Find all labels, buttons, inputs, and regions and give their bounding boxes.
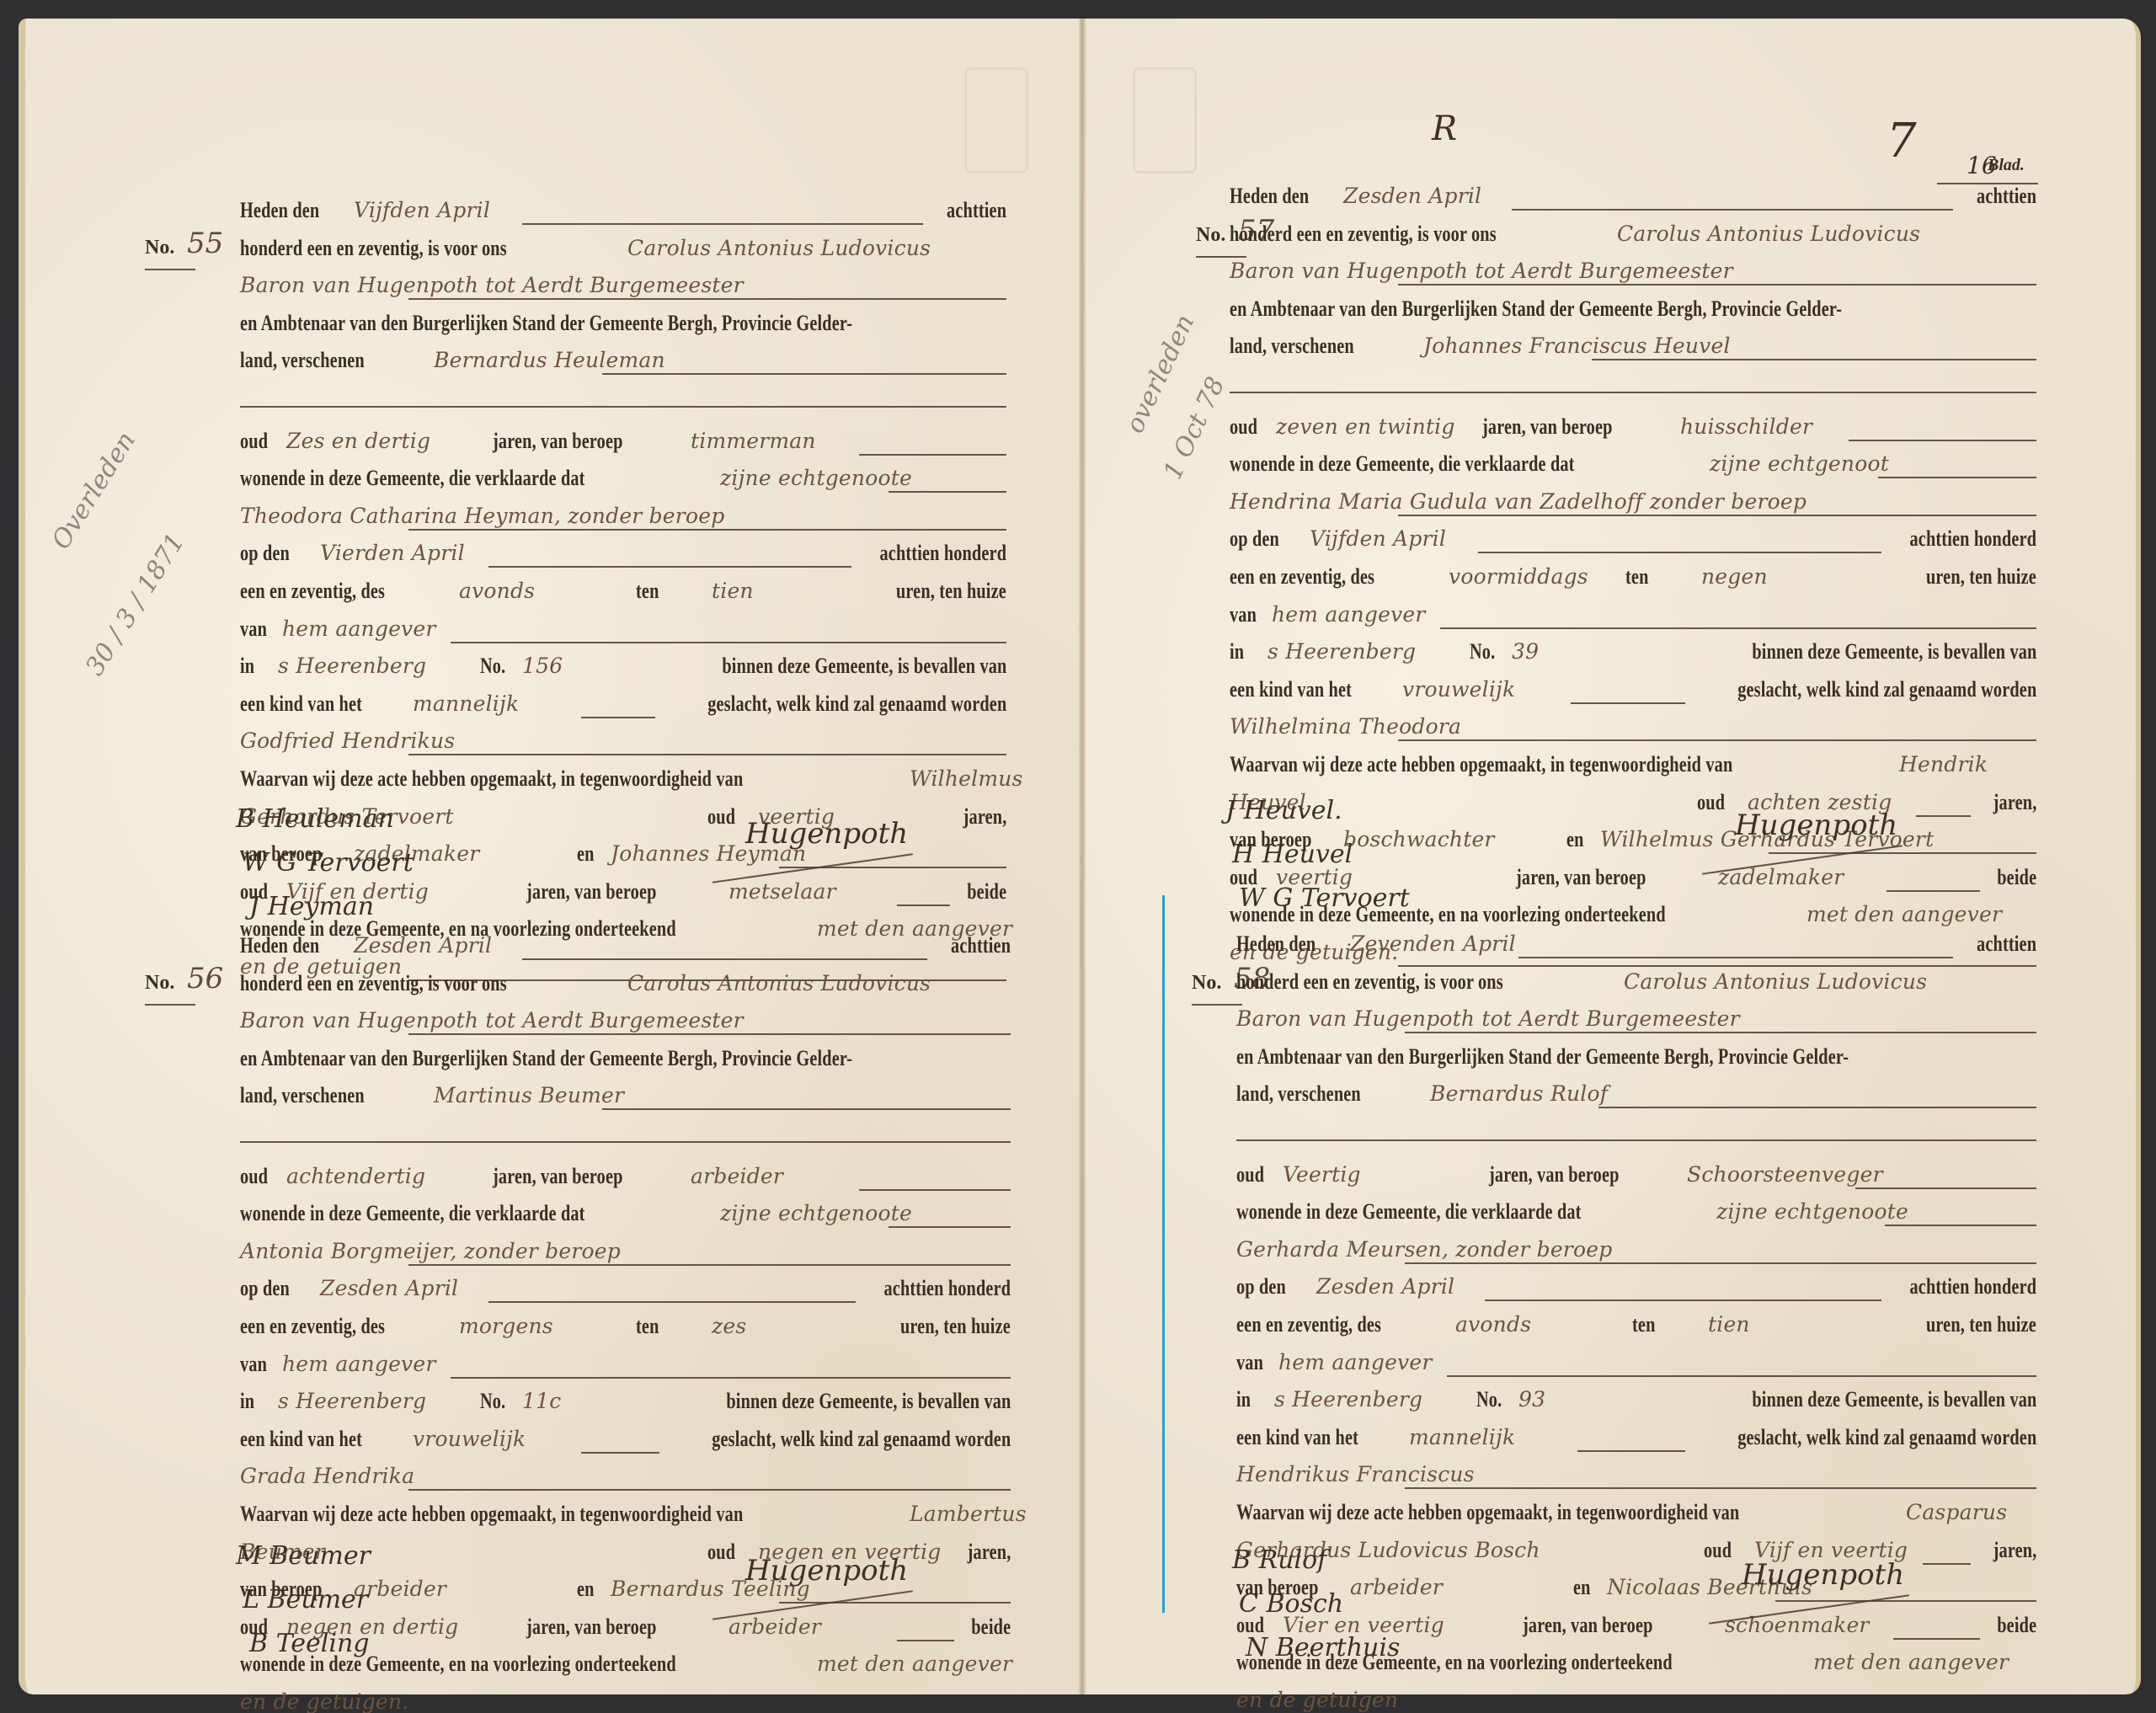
handwritten-entry: Godfried Hendrikus — [240, 728, 455, 753]
printed-form-text: van — [1230, 602, 1257, 627]
printed-form-text: Waarvan wij deze acte hebben opgemaakt, … — [240, 1502, 743, 1527]
printed-form-text: achttien — [1977, 931, 2036, 957]
fill-rule — [581, 1452, 659, 1454]
fill-rule — [897, 1640, 954, 1641]
printed-form-text: oud — [707, 804, 735, 830]
handwritten-entry: mannelijk — [413, 691, 519, 716]
handwritten-entry: timmerman — [691, 429, 816, 453]
printed-form-text: geslacht, welk kind zal genaamd worden — [712, 1427, 1011, 1452]
printed-form-text: achttien honderd — [883, 1276, 1011, 1301]
printed-form-text: geslacht, welk kind zal genaamd worden — [1737, 677, 2036, 702]
printed-form-text: een en zeventig, des — [1230, 564, 1374, 590]
printed-form-text: uren, ten huize — [1926, 1312, 2036, 1337]
printed-form-text: jaren, van beroep — [1516, 865, 1646, 890]
blank-rule — [240, 406, 1006, 408]
fill-rule — [1598, 1107, 2036, 1108]
printed-form-text: oud — [1697, 790, 1725, 815]
fill-rule — [1916, 815, 1971, 817]
handwritten-entry: 93 — [1518, 1387, 1545, 1411]
handwritten-entry: avonds — [459, 579, 535, 603]
fill-rule — [451, 1377, 1011, 1379]
handwritten-entry: Antonia Borgmeijer, zonder beroep — [240, 1239, 621, 1263]
printed-form-text: in — [240, 654, 254, 679]
handwritten-entry: Vijfden April — [354, 198, 490, 222]
witness-signature: H Heuvel — [1232, 840, 1353, 869]
handwritten-entry: morgens — [459, 1314, 553, 1338]
printed-form-text: No. — [1470, 639, 1495, 664]
printed-form-text: No. — [480, 654, 505, 679]
witness-signature: J Heuvel. — [1225, 796, 1342, 825]
handwritten-entry: arbeider — [728, 1614, 821, 1639]
witness-signature: B Heuleman — [236, 804, 394, 834]
folio-hand-number: 7 — [1886, 114, 1917, 168]
witness-signature: C Bosch — [1239, 1589, 1343, 1619]
printed-form-text: van — [1236, 1350, 1263, 1375]
text-cursor-line — [1162, 895, 1165, 1613]
printed-form-text: een kind van het — [240, 691, 362, 717]
handwritten-entry: Theodora Catharina Heyman, zonder beroep — [240, 504, 724, 528]
handwritten-entry: vrouwelijk — [1402, 677, 1515, 702]
printed-form-text: geslacht, welk kind zal genaamd worden — [1737, 1425, 2036, 1450]
record-number-underline — [1192, 1004, 1242, 1006]
fill-rule — [1855, 1187, 2036, 1189]
handwritten-entry: s Heerenberg — [278, 1389, 426, 1413]
printed-form-text: op den — [240, 1276, 290, 1301]
record-number-label: No. — [145, 972, 174, 995]
record-number-underline — [145, 1004, 195, 1006]
handwritten-entry: negen — [1701, 564, 1768, 589]
witness-signature: N Beerthuis — [1246, 1633, 1400, 1662]
handwritten-entry: s Heerenberg — [1267, 639, 1416, 664]
fill-rule — [1893, 1638, 1980, 1640]
handwritten-entry: boschwachter — [1343, 827, 1495, 851]
printed-form-text: geslacht, welk kind zal genaamd worden — [707, 691, 1006, 717]
fill-rule — [897, 905, 950, 906]
handwritten-entry: Zesden April — [1343, 184, 1481, 208]
printed-form-text: honderd een en zeventig, is voor ons — [240, 236, 507, 261]
printed-form-text: en Ambtenaar van den Burgerlijken Stand … — [240, 1046, 852, 1071]
printed-form-text: achttien honderd — [879, 541, 1006, 566]
printed-form-text: en — [577, 841, 595, 867]
fill-rule — [451, 642, 1006, 643]
handwritten-entry: hem aangever — [282, 616, 436, 641]
fill-rule — [1849, 440, 2036, 441]
handwritten-entry: schoenmaker — [1725, 1613, 1870, 1637]
handwritten-entry: Veertig — [1283, 1162, 1361, 1187]
printed-form-text: op den — [240, 541, 290, 566]
handwritten-entry: hem aangever — [1272, 602, 1426, 627]
printed-form-text: ten — [636, 579, 659, 604]
fill-rule — [1592, 359, 2036, 360]
printed-form-text: wonende in deze Gemeente, die verklaarde… — [240, 1201, 585, 1226]
printed-form-text: uren, ten huize — [896, 579, 1006, 604]
handwritten-entry: zes — [712, 1314, 746, 1338]
handwritten-entry: hem aangever — [282, 1352, 436, 1376]
printed-form-text: Heden den — [240, 198, 319, 223]
printed-form-text: een en zeventig, des — [1236, 1312, 1381, 1337]
book-spine — [1078, 19, 1086, 1694]
official-signature: Hugenpoth — [1735, 808, 1897, 842]
printed-form-text: op den — [1236, 1274, 1286, 1299]
handwritten-entry: Zesden April — [320, 1276, 458, 1300]
record-number: 55 — [187, 227, 223, 260]
printed-form-text: oud — [1704, 1538, 1732, 1563]
handwritten-entry: Zevenden April — [1350, 931, 1516, 956]
fill-rule — [1923, 1563, 1971, 1565]
witness-signature: B Rulof — [1232, 1545, 1326, 1575]
fill-rule — [1518, 957, 1953, 958]
printed-form-text: Heden den — [240, 933, 319, 958]
fill-rule — [1398, 284, 2036, 285]
handwritten-entry: Wilhelmina Theodora — [1230, 714, 1461, 739]
fill-rule — [1398, 965, 2036, 967]
printed-form-text: jaren, — [1993, 790, 2036, 815]
printed-form-text: wonende in deze Gemeente, die verklaarde… — [1230, 451, 1575, 477]
handwritten-entry: Baron van Hugenpoth tot Aerdt Burgemeest… — [1230, 259, 1733, 283]
printed-form-text: een kind van het — [1236, 1425, 1358, 1450]
printed-form-text: en — [1573, 1575, 1591, 1600]
handwritten-entry: arbeider — [691, 1164, 783, 1188]
handwritten-entry: avonds — [1455, 1312, 1531, 1337]
handwritten-entry: mannelijk — [1409, 1425, 1515, 1449]
fill-rule — [602, 1108, 1011, 1110]
embossed-crest-right-icon — [1133, 67, 1197, 173]
printed-form-text: land, verschenen — [1230, 334, 1354, 359]
printed-form-text: ten — [1632, 1312, 1656, 1337]
fill-rule — [1405, 1262, 2036, 1264]
fill-rule — [1398, 739, 2036, 741]
fill-rule — [1512, 209, 1953, 211]
blank-rule — [1236, 1139, 2036, 1141]
record-number-label: No. — [1192, 972, 1221, 995]
handwritten-entry: Schoorsteenveger — [1687, 1162, 1883, 1187]
printed-form-text: wonende in deze Gemeente, die verklaarde… — [1236, 1199, 1582, 1225]
printed-form-text: jaren, — [963, 804, 1006, 830]
handwritten-entry: hem aangever — [1278, 1350, 1433, 1374]
handwritten-entry: Lambertus — [910, 1502, 1027, 1526]
fill-rule — [859, 1189, 1011, 1191]
handwritten-entry: Baron van Hugenpoth tot Aerdt Burgemeest… — [240, 273, 744, 297]
handwritten-entry: Zesden April — [354, 933, 492, 958]
printed-form-text: honderd een en zeventig, is voor ons — [1230, 221, 1497, 247]
handwritten-entry: Carolus Antonius Ludovicus — [1617, 221, 1920, 246]
handwritten-entry: Vijfden April — [1310, 526, 1446, 551]
fill-rule — [1571, 702, 1685, 704]
printed-form-text: No. — [1476, 1387, 1502, 1412]
printed-form-text: oud — [1236, 1162, 1264, 1187]
printed-form-text: beide — [1997, 865, 2036, 890]
handwritten-entry: Carolus Antonius Ludovicus — [627, 971, 931, 995]
printed-form-text: en — [1566, 827, 1584, 852]
folio-label: Blad. — [1988, 156, 2025, 175]
printed-form-text: honderd een en zeventig, is voor ons — [1236, 969, 1503, 995]
printed-form-text: jaren, van beroep — [1523, 1613, 1653, 1638]
printed-form-text: No. — [480, 1389, 505, 1414]
printed-form-text: een kind van het — [240, 1427, 362, 1452]
fill-rule — [1447, 1375, 2036, 1377]
printed-form-text: en — [577, 1577, 595, 1602]
fill-rule — [602, 373, 1006, 375]
handwritten-entry: Hendrina Maria Gudula van Zadelhoff zond… — [1230, 489, 1806, 514]
blank-rule — [240, 1141, 1011, 1143]
handwritten-entry: en de getuigen. — [240, 1689, 408, 1713]
printed-form-text: binnen deze Gemeente, is bevallen van — [726, 1389, 1011, 1414]
printed-form-text: uren, ten huize — [900, 1314, 1011, 1339]
printed-form-text: land, verschenen — [240, 1083, 365, 1108]
handwritten-entry: zeven en twintig — [1276, 414, 1455, 439]
fill-rule — [408, 298, 1006, 300]
printed-form-text: Waarvan wij deze acte hebben opgemaakt, … — [1230, 752, 1732, 777]
printed-form-text: Waarvan wij deze acte hebben opgemaakt, … — [1236, 1500, 1739, 1525]
handwritten-entry: met den aangever — [817, 1652, 1012, 1676]
printed-form-text: Heden den — [1236, 931, 1315, 957]
printed-form-text: achttien honderd — [1909, 1274, 2036, 1299]
handwritten-entry: zijne echtgenoot — [1710, 451, 1889, 476]
handwritten-entry: tien — [712, 579, 754, 603]
fill-rule — [1478, 552, 1881, 553]
handwritten-entry: Zesden April — [1316, 1274, 1454, 1299]
printed-form-text: jaren, van beroep — [1489, 1162, 1620, 1187]
fill-rule — [1405, 1487, 2036, 1489]
handwritten-entry: zijne echtgenoote — [720, 466, 912, 490]
witness-signature: W G Tervoert — [243, 848, 414, 878]
fill-rule — [1577, 1450, 1685, 1452]
handwritten-entry: en de getuigen — [1236, 1688, 1398, 1712]
handwritten-entry: s Heerenberg — [278, 654, 426, 678]
handwritten-entry: zijne echtgenoote — [720, 1201, 912, 1225]
printed-form-text: achttien honderd — [1909, 526, 2036, 552]
printed-form-text: oud — [240, 429, 268, 454]
fill-rule — [1440, 627, 2036, 629]
witness-signature: J Heyman — [249, 892, 374, 921]
printed-form-text: jaren, van beroep — [526, 879, 657, 905]
handwritten-entry: Vierden April — [320, 541, 465, 565]
printed-form-text: beide — [971, 1614, 1011, 1640]
printed-form-text: jaren, — [1993, 1538, 2036, 1563]
printed-form-text: van — [240, 616, 267, 642]
handwritten-entry: Carolus Antonius Ludovicus — [627, 236, 931, 260]
handwritten-entry: Bernardus Rulof — [1430, 1081, 1608, 1106]
handwritten-entry: Baron van Hugenpoth tot Aerdt Burgemeest… — [240, 1008, 744, 1033]
fill-rule — [1485, 1299, 1881, 1301]
handwritten-entry: Carolus Antonius Ludovicus — [1624, 969, 1927, 994]
printed-form-text: wonende in deze Gemeente, die verklaarde… — [240, 466, 585, 491]
handwritten-entry: arbeider — [1350, 1575, 1443, 1599]
printed-form-text: binnen deze Gemeente, is bevallen van — [722, 654, 1006, 679]
printed-form-text: in — [1236, 1387, 1251, 1412]
fill-rule — [408, 1264, 1011, 1266]
printed-form-text: een en zeventig, des — [240, 579, 385, 604]
handwritten-entry: 11c — [522, 1389, 561, 1413]
fill-rule — [1886, 890, 1980, 892]
fill-rule — [522, 958, 927, 960]
printed-form-text: ten — [1625, 564, 1649, 590]
witness-signature: L Beumer — [243, 1585, 368, 1614]
handwritten-entry: Hendrik — [1899, 752, 1988, 776]
blank-rule — [1230, 392, 2036, 393]
handwritten-entry: tien — [1708, 1312, 1750, 1337]
printed-form-text: jaren, van beroep — [526, 1614, 657, 1640]
handwritten-entry: Martinus Beumer — [434, 1083, 624, 1107]
printed-form-text: binnen deze Gemeente, is bevallen van — [1752, 1387, 2036, 1412]
handwritten-entry: zijne echtgenoote — [1716, 1199, 1908, 1224]
witness-signature: M Beumer — [236, 1541, 371, 1571]
handwritten-entry: Casparus — [1906, 1500, 2007, 1524]
printed-form-text: oud — [1230, 414, 1257, 440]
handwritten-entry: Gerharda Meursen, zonder beroep — [1236, 1237, 1612, 1262]
printed-form-text: Heden den — [1230, 184, 1309, 209]
printed-form-text: Waarvan wij deze acte hebben opgemaakt, … — [240, 766, 743, 792]
printed-form-text: beide — [967, 879, 1006, 905]
printed-form-text: land, verschenen — [1236, 1081, 1361, 1107]
printed-form-text: beide — [1997, 1613, 2036, 1638]
record-number-underline — [1196, 256, 1246, 258]
printed-form-text: van — [240, 1352, 267, 1377]
printed-form-text: in — [1230, 639, 1244, 664]
official-signature: Hugenpoth — [745, 817, 908, 851]
fill-rule — [1405, 1032, 2036, 1033]
printed-form-text: een kind van het — [1230, 677, 1352, 702]
fill-rule — [488, 566, 851, 568]
handwritten-entry: voormiddags — [1449, 564, 1588, 589]
fill-rule — [859, 454, 1006, 456]
printed-form-text: oud — [707, 1540, 735, 1565]
record-number-label: No. — [1196, 224, 1225, 247]
handwritten-entry: vrouwelijk — [413, 1427, 526, 1451]
witness-signature: W G Tervoert — [1239, 883, 1410, 913]
folio-hand-mark: R — [1432, 109, 1457, 148]
printed-form-text: achttien — [951, 933, 1011, 958]
fill-rule — [522, 223, 923, 225]
printed-form-text: oud — [240, 1164, 268, 1189]
fill-rule — [1769, 852, 2036, 854]
handwritten-entry: 156 — [522, 654, 563, 678]
handwritten-entry: Zes en dertig — [286, 429, 430, 453]
printed-form-text: in — [240, 1389, 254, 1414]
handwritten-entry: Baron van Hugenpoth tot Aerdt Burgemeest… — [1236, 1006, 1740, 1031]
printed-form-text: en Ambtenaar van den Burgerlijken Stand … — [1236, 1044, 1849, 1070]
printed-form-text: en Ambtenaar van den Burgerlijken Stand … — [240, 311, 852, 336]
printed-form-text: land, verschenen — [240, 348, 365, 373]
handwritten-entry: Wilhelmus — [910, 766, 1023, 791]
fill-rule — [408, 1033, 1011, 1035]
fill-rule — [408, 529, 1006, 531]
handwritten-entry: Grada Hendrika — [240, 1464, 414, 1488]
handwritten-entry: metselaar — [728, 879, 836, 904]
printed-form-text: en Ambtenaar van den Burgerlijken Stand … — [1230, 296, 1842, 322]
fill-rule — [581, 717, 655, 718]
printed-form-text: jaren, van beroep — [493, 429, 623, 454]
fill-rule — [1885, 1225, 2036, 1226]
fill-rule — [1398, 515, 2036, 516]
handwritten-entry: huisschilder — [1680, 414, 1812, 439]
handwritten-entry: Hendrikus Franciscus — [1236, 1462, 1475, 1486]
printed-form-text: jaren, van beroep — [493, 1164, 623, 1189]
handwritten-entry: 39 — [1512, 639, 1539, 664]
printed-form-text: binnen deze Gemeente, is bevallen van — [1752, 639, 2036, 664]
handwritten-entry: s Heerenberg — [1274, 1387, 1422, 1411]
fill-rule — [889, 491, 1006, 493]
handwritten-entry: met den aangever — [1806, 902, 2002, 926]
embossed-crest-left-icon — [964, 67, 1028, 173]
printed-form-text: honderd een en zeventig, is voor ons — [240, 971, 507, 996]
printed-form-text: uren, ten huize — [1926, 564, 2036, 590]
printed-form-text: achttien — [947, 198, 1006, 223]
official-signature: Hugenpoth — [745, 1554, 908, 1588]
record-number-label: No. — [145, 237, 174, 259]
printed-form-text: een en zeventig, des — [240, 1314, 385, 1339]
witness-signature: B Teeling — [249, 1629, 370, 1658]
fill-rule — [408, 1489, 1011, 1491]
fill-rule — [488, 1301, 856, 1303]
printed-form-text: achttien — [1977, 184, 2036, 209]
fill-rule — [408, 754, 1006, 755]
printed-form-text: ten — [636, 1314, 659, 1339]
record-number: 56 — [187, 962, 223, 995]
handwritten-entry: achtendertig — [286, 1164, 425, 1188]
handwritten-entry: Johannes Franciscus Heuvel — [1423, 334, 1731, 358]
record-number-underline — [145, 269, 195, 270]
printed-form-text: jaren, van beroep — [1482, 414, 1613, 440]
fill-rule — [889, 1226, 1011, 1228]
handwritten-entry: met den aangever — [1813, 1650, 2009, 1674]
fill-rule — [1878, 477, 2036, 478]
printed-form-text: op den — [1230, 526, 1279, 552]
official-signature: Hugenpoth — [1742, 1558, 1904, 1592]
fill-rule — [1775, 1600, 2036, 1602]
handwritten-entry: Bernardus Heuleman — [434, 348, 665, 372]
printed-form-text: jaren, — [967, 1540, 1011, 1565]
